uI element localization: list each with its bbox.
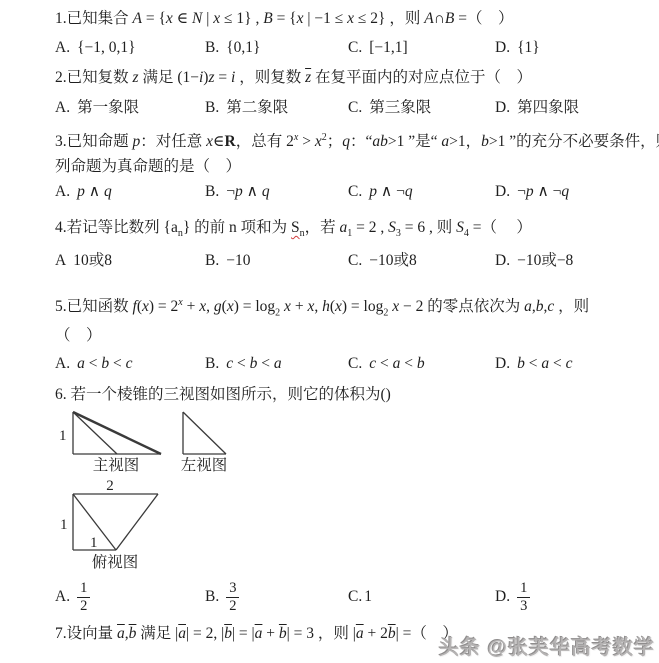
option-a: A.a < b < c [55, 354, 205, 374]
option-value: 第四象限 [517, 98, 579, 118]
option-value: {1} [517, 38, 540, 58]
top-view-figure: 2 1 1 俯视图 [57, 477, 169, 571]
option-a: A.第一象限 [55, 98, 205, 118]
option-a: A.p ∧ q [55, 182, 205, 202]
option-label: A. [55, 182, 70, 202]
watermark: 头条 @张芙华高考数学 [439, 631, 655, 660]
figure-row-bottom: 2 1 1 俯视图 [57, 477, 229, 571]
option-label: C. [348, 182, 362, 202]
option-label: B. [205, 587, 219, 607]
option-label: A [55, 251, 66, 271]
option-c: C.p ∧ ¬q [348, 182, 495, 202]
side-view-figure: 左视图 [179, 407, 229, 474]
question-3-options: A.p ∧ q B.¬p ∧ q C.p ∧ ¬q D.¬p ∧ ¬q [55, 182, 635, 202]
option-d: D.第四象限 [495, 98, 635, 118]
three-view-figure: 1 主视图 左视图 2 [57, 407, 229, 571]
option-value: −10或−8 [517, 251, 573, 271]
question-3-stem-line-1: 3.已知命题 p：对任意 x∈R，总有 2x > x2；q：“ab>1 ”是“ … [55, 128, 659, 152]
question-6-stem: 6. 若一个棱锥的三视图如图所示，则它的体积为() [55, 385, 391, 405]
option-value: a < b < c [77, 354, 132, 374]
option-value: 第三象限 [369, 98, 431, 118]
option-value: 12 [77, 580, 90, 614]
option-value: −10或8 [369, 251, 417, 271]
side-view-drawing [179, 407, 229, 457]
option-value: 1 [364, 587, 372, 607]
option-value: p ∧ q [77, 182, 112, 202]
option-label: C. [348, 38, 362, 58]
option-label: A. [55, 354, 70, 374]
top-view-caption: 俯视图 [71, 554, 159, 571]
option-label: B. [205, 38, 219, 58]
option-c: C.第三象限 [348, 98, 495, 118]
question-4-options: A10或8 B.−10 C.−10或8 D.−10或−8 [55, 251, 635, 271]
option-label: C. [348, 251, 362, 271]
dimension-label: 2 [106, 478, 114, 494]
option-c: C.c < a < b [348, 354, 495, 374]
option-label: B. [205, 354, 219, 374]
option-b: B.第二象限 [205, 98, 348, 118]
option-d: D.{1} [495, 38, 635, 58]
option-value: c < a < b [369, 354, 424, 374]
option-label: A. [55, 587, 70, 607]
option-c: C.−10或8 [348, 251, 495, 271]
option-b: B.32 [205, 580, 348, 614]
question-3-stem-line-2: 列命题为真命题的是（ ） [55, 157, 241, 177]
option-value: 32 [226, 580, 239, 614]
option-value: {0,1} [226, 38, 260, 58]
dimension-label: 1 [90, 535, 98, 551]
option-value: {−1, 0,1} [77, 38, 136, 58]
option-value: 13 [517, 580, 530, 614]
question-5-options: A.a < b < c B.c < b < a C.c < a < b D.b … [55, 354, 635, 374]
option-label: C. [348, 354, 362, 374]
side-view-caption: 左视图 [179, 457, 229, 474]
question-2-stem: 2.已知复数 z 满足 (1−i)z = i ，则复数 z 在复平面内的对应点位… [55, 68, 532, 88]
front-view-caption: 主视图 [71, 457, 161, 474]
option-a: A.{−1, 0,1} [55, 38, 205, 58]
option-label: D. [495, 587, 510, 607]
option-label: C. [348, 98, 362, 118]
option-label: D. [495, 251, 510, 271]
option-label: B. [205, 251, 219, 271]
option-c: C.1 [348, 580, 495, 614]
option-value: ¬p ∧ ¬q [517, 182, 569, 202]
question-7-stem: 7.设向量 a,b 满足 |a| = 2, |b| = |a + b| = 3 … [55, 624, 458, 644]
option-a: A.12 [55, 580, 205, 614]
dimension-label: 1 [59, 428, 67, 444]
option-label: A. [55, 38, 70, 58]
option-value: 第二象限 [226, 98, 288, 118]
option-label: B. [205, 98, 219, 118]
option-value: ¬p ∧ q [226, 182, 269, 202]
question-5-stem-line-2: （ ） [55, 326, 102, 346]
option-value: −10 [226, 251, 250, 271]
option-label: D. [495, 38, 510, 58]
front-view-drawing: 1 [57, 407, 167, 457]
option-value: [−1,1] [369, 38, 407, 58]
option-value: b < a < c [517, 354, 572, 374]
question-1-stem: 1.已知集合 A = {x ∈ N | x ≤ 1} , B = {x | −1… [55, 9, 513, 29]
top-view-drawing: 2 1 1 [57, 477, 169, 553]
question-6-options: A.12 B.32 C.1 D.13 [55, 580, 635, 614]
option-b: B.c < b < a [205, 354, 348, 374]
option-label: D. [495, 182, 510, 202]
option-label: D. [495, 98, 510, 118]
option-a: A10或8 [55, 251, 205, 271]
option-d: D.¬p ∧ ¬q [495, 182, 635, 202]
option-b: B.{0,1} [205, 38, 348, 58]
question-4-stem: 4.若记等比数列 {an} 的前 n 项和为 Sn，若 a1 = 2 , S3 … [55, 218, 532, 244]
question-1-options: A.{−1, 0,1} B.{0,1} C.[−1,1] D.{1} [55, 38, 635, 58]
front-view-figure: 1 主视图 [57, 407, 167, 474]
option-label: A. [55, 98, 70, 118]
option-b: B.¬p ∧ q [205, 182, 348, 202]
dimension-label: 1 [60, 517, 68, 533]
option-value: 10或8 [73, 251, 112, 271]
option-value: 第一象限 [77, 98, 139, 118]
option-d: D.−10或−8 [495, 251, 635, 271]
question-2-options: A.第一象限 B.第二象限 C.第三象限 D.第四象限 [55, 98, 635, 118]
option-d: D.13 [495, 580, 635, 614]
option-b: B.−10 [205, 251, 348, 271]
question-5-stem-line-1: 5.已知函数 f(x) = 2x + x, g(x) = log2 x + x,… [55, 293, 589, 323]
option-label: D. [495, 354, 510, 374]
option-value: c < b < a [226, 354, 281, 374]
option-value: p ∧ ¬q [369, 182, 412, 202]
option-label: C. [348, 587, 362, 607]
option-c: C.[−1,1] [348, 38, 495, 58]
option-label: B. [205, 182, 219, 202]
figure-row-top: 1 主视图 左视图 [57, 407, 229, 474]
option-d: D.b < a < c [495, 354, 635, 374]
